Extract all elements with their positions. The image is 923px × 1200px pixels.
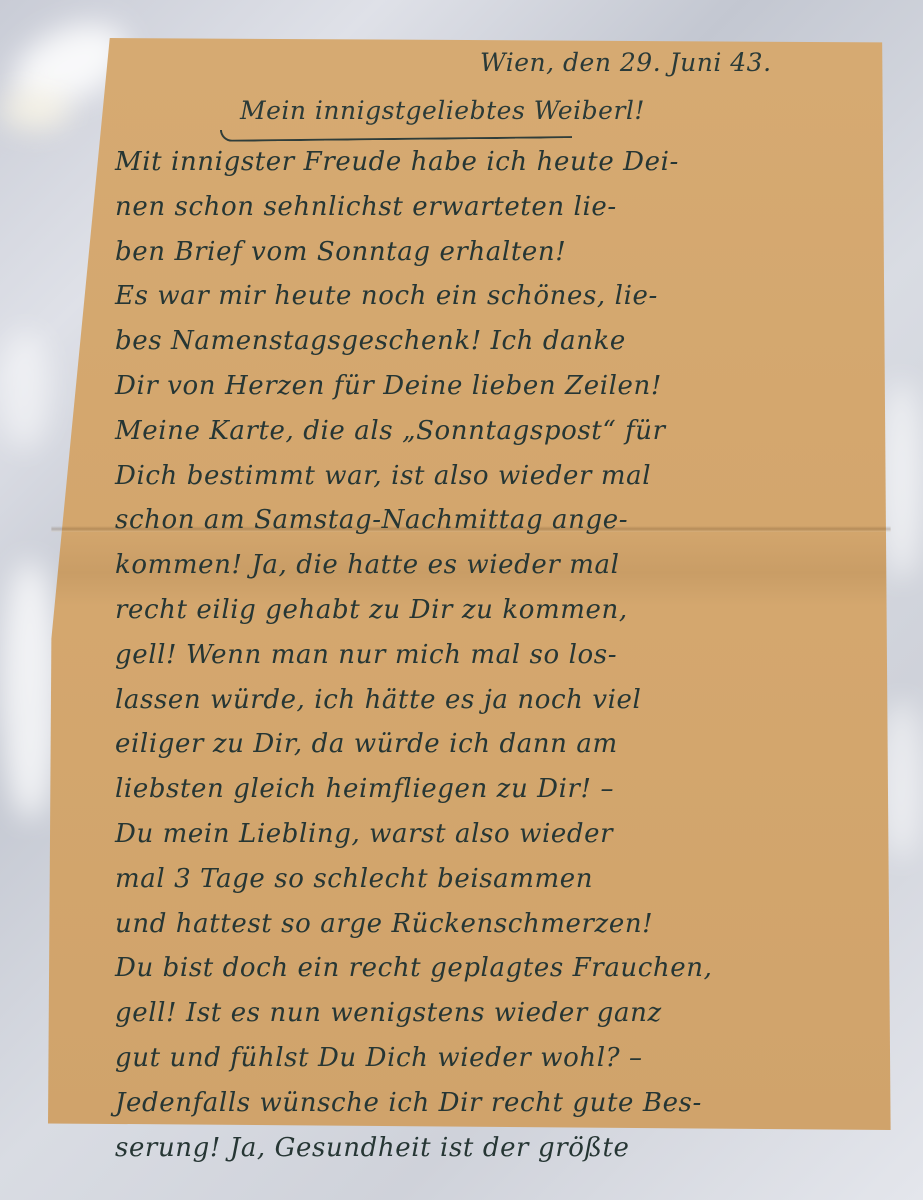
letter-line: Dich bestimmt war, ist also wieder mal bbox=[115, 454, 875, 499]
letter-line: Jedenfalls wünsche ich Dir recht gute Be… bbox=[115, 1081, 875, 1126]
letter-body: Mit innigster Freude habe ich heute Dei-… bbox=[115, 140, 875, 1170]
letter-line: Meine Karte, die als „Sonntagspost“ für bbox=[115, 409, 875, 454]
glare-reflection bbox=[0, 330, 50, 450]
letter-line: liebsten gleich heimfliegen zu Dir! – bbox=[115, 767, 875, 812]
letter-salutation: Mein innigstgeliebtes Weiberl! bbox=[240, 96, 645, 125]
letter-line: bes Namenstagsgeschenk! Ich danke bbox=[115, 319, 875, 364]
letter-line: ben Brief vom Sonntag erhalten! bbox=[115, 230, 875, 275]
letter-line: Du bist doch ein recht geplagtes Frauche… bbox=[115, 946, 875, 991]
letter-line: recht eilig gehabt zu Dir zu kommen, bbox=[115, 588, 875, 633]
glare-reflection bbox=[0, 90, 70, 130]
letter-line: und hattest so arge Rückenschmerzen! bbox=[115, 902, 875, 947]
letter-line: gut und fühlst Du Dich wieder wohl? – bbox=[115, 1036, 875, 1081]
letter-line: eiliger zu Dir, da würde ich dann am bbox=[115, 722, 875, 767]
letter-line: Es war mir heute noch ein schönes, lie- bbox=[115, 274, 875, 319]
letter-line: mal 3 Tage so schlecht beisammen bbox=[115, 857, 875, 902]
letter-line: schon am Samstag-Nachmittag ange- bbox=[115, 498, 875, 543]
letter-line: gell! Ist es nun wenigstens wieder ganz bbox=[115, 991, 875, 1036]
letter-line: Du mein Liebling, warst also wieder bbox=[115, 812, 875, 857]
letter-line: lassen würde, ich hätte es ja noch viel bbox=[115, 678, 875, 723]
letter-line: kommen! Ja, die hatte es wieder mal bbox=[115, 543, 875, 588]
letter-line: Dir von Herzen für Deine lieben Zeilen! bbox=[115, 364, 875, 409]
letter-line: gell! Wenn man nur mich mal so los- bbox=[115, 633, 875, 678]
letter-line: Mit innigster Freude habe ich heute Dei- bbox=[115, 140, 875, 185]
letter-date-line: Wien, den 29. Juni 43. bbox=[480, 48, 772, 77]
letter-line: serung! Ja, Gesundheit ist der größte bbox=[115, 1126, 875, 1171]
letter-line: nen schon sehnlichst erwarteten lie- bbox=[115, 185, 875, 230]
glare-reflection bbox=[880, 380, 923, 580]
